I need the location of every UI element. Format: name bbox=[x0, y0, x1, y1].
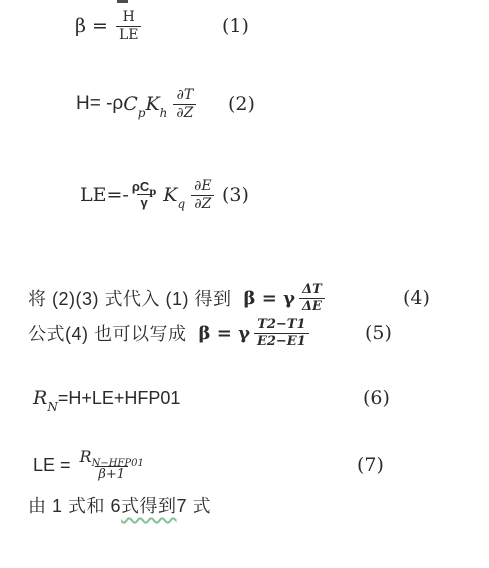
fraction: ∂T ∂Z bbox=[173, 88, 196, 120]
equation-number: (7) bbox=[357, 454, 384, 476]
equation-1: β = H LE (1) bbox=[0, 6, 489, 46]
equation-2: H= -ρ C p K h ∂T ∂Z (2) bbox=[0, 84, 489, 124]
variable-C: C bbox=[123, 93, 138, 115]
equation-7-lhs: LE = bbox=[33, 455, 71, 476]
closing-note: 由 1 式和 6 式得到 7 式 bbox=[0, 490, 489, 520]
equation-number: (6) bbox=[363, 387, 390, 409]
subscript-p: p bbox=[138, 106, 146, 120]
variable-K: K bbox=[163, 184, 177, 206]
fraction: ΔT ΔE bbox=[299, 283, 325, 313]
closing-note-pre: 由 1 式和 6 bbox=[28, 492, 121, 518]
fraction: ρC p γ bbox=[129, 180, 159, 209]
subscript-p: p bbox=[149, 188, 156, 199]
fraction: T2−T1 E2−E1 bbox=[254, 318, 309, 348]
fraction-denominator: LE bbox=[116, 26, 142, 43]
equation-5: 公式(4) 也可以写成 β = γ T2−T1 E2−E1 (5) bbox=[0, 314, 489, 352]
fraction: R N−HFP01 β+1 bbox=[77, 449, 147, 481]
fraction-numerator: T2−T1 bbox=[254, 318, 308, 333]
equation-3-lhs: LE= bbox=[80, 184, 122, 206]
fraction-denominator: E2−E1 bbox=[254, 333, 309, 349]
equation-4: 将 (2)(3) 式代入 (1) 得到 β = γ ΔT ΔE (4) bbox=[0, 281, 489, 315]
fraction-numerator: ∂E bbox=[191, 179, 214, 195]
equation-number: (4) bbox=[403, 287, 430, 309]
fraction-numerator: ρC bbox=[132, 180, 149, 194]
subscript-q: q bbox=[177, 197, 185, 211]
document-page: β = H LE (1) H= -ρ C p K h ∂T ∂Z bbox=[0, 0, 489, 568]
equation-number: (2) bbox=[228, 93, 255, 115]
variable-K: K bbox=[145, 93, 159, 115]
variable-R: R bbox=[33, 387, 47, 409]
subscript-h: h bbox=[160, 106, 168, 120]
equation-number: (5) bbox=[365, 322, 392, 344]
equation-number: (1) bbox=[222, 15, 249, 37]
fraction: ∂E ∂Z bbox=[191, 179, 214, 211]
chinese-text: 将 (2)(3) 式代入 (1) 得到 bbox=[28, 285, 232, 311]
fraction: H LE bbox=[116, 10, 142, 42]
subscript-N-HFP01: N−HFP01 bbox=[92, 459, 144, 470]
equation-2-lhs: H= -ρ bbox=[76, 93, 123, 115]
fraction-denominator: ∂Z bbox=[173, 104, 196, 121]
equation-number: (3) bbox=[222, 184, 249, 206]
equation-7: LE = R N−HFP01 β+1 (7) bbox=[0, 444, 489, 486]
equation-5-mid: β = γ bbox=[199, 323, 250, 344]
chinese-text: 公式(4) 也可以写成 bbox=[28, 320, 187, 346]
variable-R: R bbox=[80, 449, 92, 466]
equation-4-mid: β = γ bbox=[244, 288, 295, 309]
equation-1-lhs: β = bbox=[75, 15, 108, 37]
fraction-numerator: H bbox=[120, 10, 138, 26]
fraction-numerator: ΔT bbox=[299, 283, 325, 298]
equation-6: R N =H+LE+HFP01 (6) bbox=[0, 384, 489, 412]
equation-3: LE= - ρC p γ K q ∂E ∂Z (3) bbox=[0, 174, 489, 216]
closing-note-post: 7 式 bbox=[177, 492, 212, 518]
fraction-denominator: ΔE bbox=[299, 298, 325, 314]
equation-6-rhs: =H+LE+HFP01 bbox=[58, 388, 181, 409]
fraction-numerator: ∂T bbox=[174, 88, 197, 104]
grammar-check-text: 式得到 bbox=[121, 492, 177, 518]
cropped-text-artifact bbox=[117, 0, 128, 3]
fraction-denominator: ∂Z bbox=[191, 195, 214, 212]
subscript-N: N bbox=[47, 400, 58, 414]
